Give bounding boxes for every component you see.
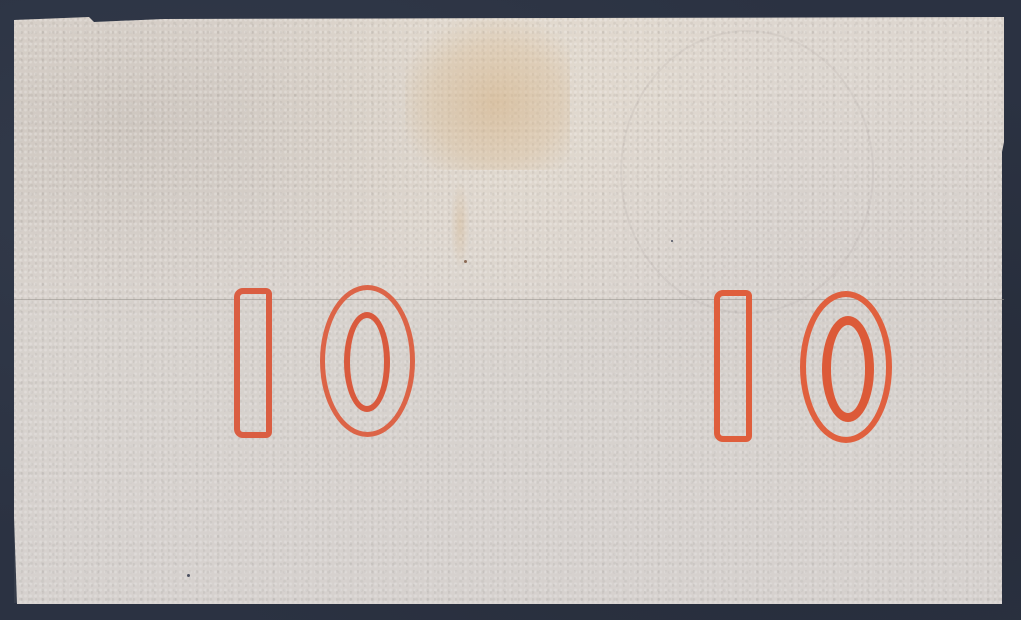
paper-speck bbox=[464, 260, 467, 263]
paper-speck bbox=[671, 240, 673, 242]
faint-cancel-ring bbox=[620, 30, 874, 314]
control-number-right: 10 bbox=[712, 288, 897, 446]
digit-zero-inner-left bbox=[344, 312, 390, 412]
digit-zero-inner-right bbox=[822, 316, 874, 422]
control-number-right-text: 10 bbox=[712, 288, 713, 289]
control-number-left: 10 bbox=[232, 285, 417, 440]
digit-one-left bbox=[234, 288, 272, 438]
digit-one-right bbox=[714, 290, 752, 442]
paper-speck bbox=[187, 574, 190, 577]
toning-drip bbox=[450, 180, 470, 270]
toning-stain bbox=[405, 20, 570, 170]
control-number-left-text: 10 bbox=[232, 285, 233, 286]
